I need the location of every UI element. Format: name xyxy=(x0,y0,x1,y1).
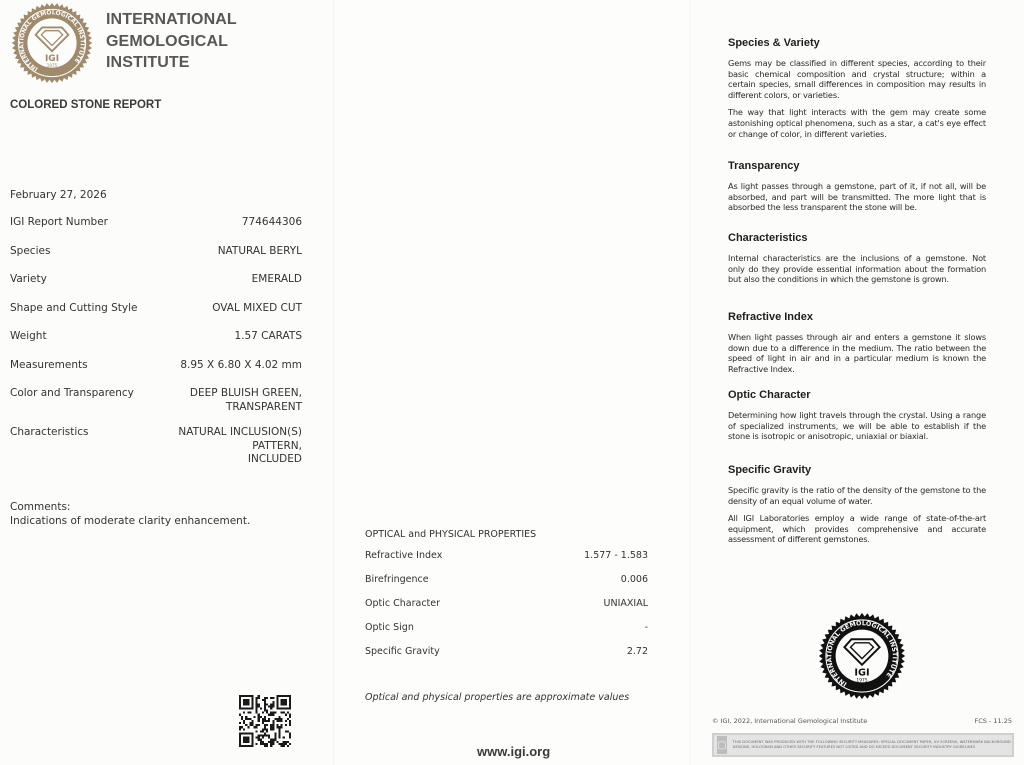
info-paragraph: Internal characteristics are the inclusi… xyxy=(728,253,986,285)
report-title: COLORED STONE REPORT xyxy=(10,99,161,111)
info-heading: Refractive Index xyxy=(728,311,986,323)
grading-label: Color and Transparency xyxy=(10,387,134,399)
grading-label: Shape and Cutting Style xyxy=(10,302,137,314)
info-section: Specific GravitySpecific gravity is the … xyxy=(728,464,986,552)
optical-value: 0.006 xyxy=(621,574,648,585)
info-section: Species & VarietyGems may be classified … xyxy=(728,37,986,146)
grading-value: NATURAL BERYL xyxy=(218,245,302,259)
info-section: Optic CharacterDetermining how light tra… xyxy=(728,389,986,449)
info-paragraph: Determining how light travels through th… xyxy=(728,410,986,442)
grading-value: EMERALD xyxy=(252,273,302,287)
optical-label: Birefringence xyxy=(365,574,429,585)
grading-label: Measurements xyxy=(10,359,88,371)
comments-text: Indications of moderate clarity enhancem… xyxy=(10,515,250,527)
igi-seal-logo-icon: INTERNATIONAL GEMOLOGICAL INSTITUTEIGI19… xyxy=(9,2,95,84)
grading-value: 774644306 xyxy=(242,216,302,230)
grading-value: 1.57 CARATS xyxy=(234,330,302,344)
optical-value: 1.577 - 1.583 xyxy=(584,550,648,561)
report-date: February 27, 2026 xyxy=(10,189,107,201)
info-paragraph: The way that light interacts with the ge… xyxy=(728,107,986,139)
security-text: THIS DOCUMENT WAS PRODUCED WITH THE FOLL… xyxy=(733,740,1012,750)
optical-value: 2.72 xyxy=(627,646,648,657)
info-heading: Transparency xyxy=(728,160,986,172)
info-paragraph: All IGI Laboratories employ a wide range… xyxy=(728,513,986,545)
svg-text:1975: 1975 xyxy=(47,63,58,68)
svg-text:IGI: IGI xyxy=(854,667,869,678)
lock-document-icon: ▢ xyxy=(717,736,727,754)
optical-label: Optic Character xyxy=(365,598,440,609)
igi-seal-black-icon: INTERNATIONAL GEMOLOGICAL INSTITUTEIGI19… xyxy=(818,612,906,700)
grading-label: Characteristics xyxy=(10,426,89,438)
info-paragraph: Gems may be classified in different spec… xyxy=(728,58,986,100)
optical-label: Specific Gravity xyxy=(365,646,440,657)
info-heading: Optic Character xyxy=(728,389,986,401)
info-section: CharacteristicsInternal characteristics … xyxy=(728,232,986,292)
optical-properties-title: OPTICAL and PHYSICAL PROPERTIES xyxy=(365,529,536,540)
grading-value: DEEP BLUISH GREEN, TRANSPARENT xyxy=(190,387,302,414)
optical-value: - xyxy=(645,622,648,633)
info-heading: Characteristics xyxy=(728,232,986,244)
grading-label: Variety xyxy=(10,273,47,285)
security-features-strip: ▢ THIS DOCUMENT WAS PRODUCED WITH THE FO… xyxy=(712,733,1014,757)
optical-properties-note: Optical and physical properties are appr… xyxy=(365,692,629,703)
optical-label: Optic Sign xyxy=(365,622,414,633)
org-name-line: INTERNATIONAL xyxy=(106,9,237,31)
form-code: FCS - 11.25 xyxy=(975,717,1013,725)
info-paragraph: Specific gravity is the ratio of the den… xyxy=(728,485,986,506)
info-heading: Species & Variety xyxy=(728,37,986,49)
grading-label: Species xyxy=(10,245,50,257)
qr-code-icon[interactable] xyxy=(239,695,291,747)
website-link[interactable]: www.igi.org xyxy=(477,744,550,759)
fold-line xyxy=(689,0,691,765)
info-heading: Specific Gravity xyxy=(728,464,986,476)
grading-value: OVAL MIXED CUT xyxy=(212,302,302,316)
org-name-line: GEMOLOGICAL xyxy=(106,31,237,53)
grading-value: NATURAL INCLUSION(S) PATTERN, INCLUDED xyxy=(178,426,302,467)
grading-value: 8.95 X 6.80 X 4.02 mm xyxy=(180,359,302,373)
svg-text:1975: 1975 xyxy=(856,678,867,684)
org-name-line: INSTITUTE xyxy=(106,52,237,74)
fold-line xyxy=(333,0,335,765)
organization-name: INTERNATIONAL GEMOLOGICAL INSTITUTE xyxy=(106,9,237,74)
grading-label: Weight xyxy=(10,330,47,342)
comments-label: Comments: xyxy=(10,501,70,513)
info-paragraph: As light passes through a gemstone, part… xyxy=(728,181,986,213)
copyright-text: © IGI, 2022, International Gemological I… xyxy=(712,717,867,725)
report-front-panel xyxy=(0,0,334,765)
info-paragraph: When light passes through air and enters… xyxy=(728,332,986,374)
info-section: Refractive IndexWhen light passes throug… xyxy=(728,311,986,381)
optical-value: UNIAXIAL xyxy=(604,598,648,609)
optical-label: Refractive Index xyxy=(365,550,442,561)
grading-label: IGI Report Number xyxy=(10,216,108,228)
info-section: TransparencyAs light passes through a ge… xyxy=(728,160,986,220)
